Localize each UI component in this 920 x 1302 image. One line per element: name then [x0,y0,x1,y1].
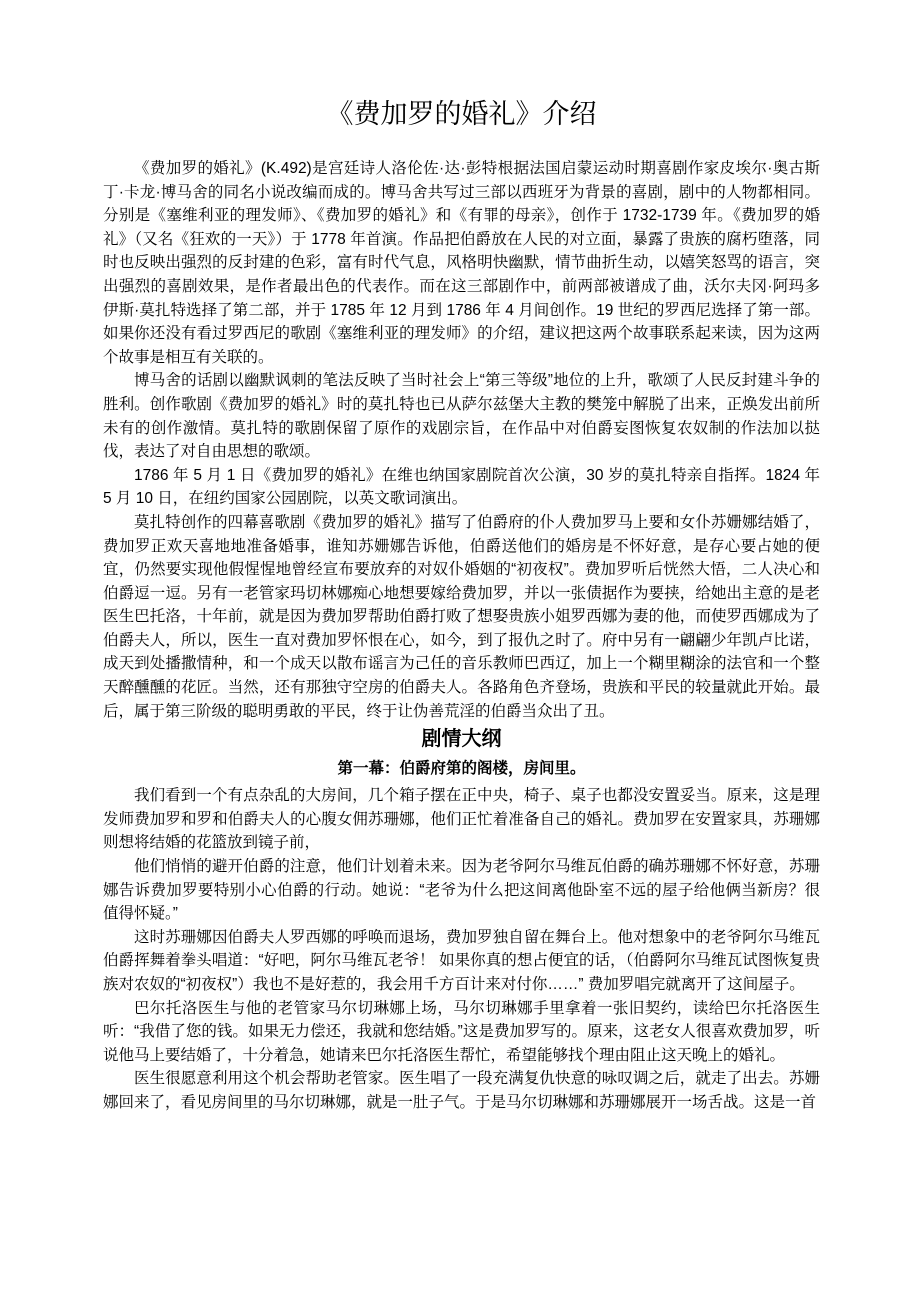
act-one-heading: 第一幕：伯爵府第的阁楼，房间里。 [103,756,820,781]
intro-paragraph-1: 《费加罗的婚礼》(K.492)是宫廷诗人洛伦佐·达·彭特根据法国启蒙运动时期喜剧… [103,157,820,369]
page-title: 《费加罗的婚礼》介绍 [103,95,820,133]
intro-paragraph-4: 莫扎特创作的四幕喜歌剧《费加罗的婚礼》描写了伯爵府的仆人费加罗马上要和女仆苏姗娜… [103,511,820,723]
synopsis-paragraph-4: 巴尔托洛医生与他的老管家马尔切琳娜上场，马尔切琳娜手里拿着一张旧契约，读给巴尔托… [103,997,820,1068]
synopsis-paragraph-3: 这时苏珊娜因伯爵夫人罗西娜的呼唤而退场，费加罗独自留在舞台上。他对想象中的老爷阿… [103,926,820,997]
synopsis-paragraph-2: 他们悄悄的避开伯爵的注意，他们计划着未来。因为老爷阿尔马维瓦伯爵的确苏珊娜不怀好… [103,855,820,926]
synopsis-paragraph-1: 我们看到一个有点杂乱的大房间，几个箱子摆在正中央，椅子、桌子也都没安置妥当。原来… [103,784,820,855]
intro-paragraph-3: 1786 年 5 月 1 日《费加罗的婚礼》在维也纳国家剧院首次公演，30 岁的… [103,464,820,511]
intro-paragraph-2: 博马舍的话剧以幽默讽刺的笔法反映了当时社会上“第三等级”地位的上升，歌颂了人民反… [103,369,820,463]
document-page: 《费加罗的婚礼》介绍 《费加罗的婚礼》(K.492)是宫廷诗人洛伦佐·达·彭特根… [0,0,920,1302]
synopsis-section-heading: 剧情大纲 [103,725,820,753]
synopsis-paragraph-5: 医生很愿意利用这个机会帮助老管家。医生唱了一段充满复仇快意的咏叹调之后，就走了出… [103,1067,820,1114]
